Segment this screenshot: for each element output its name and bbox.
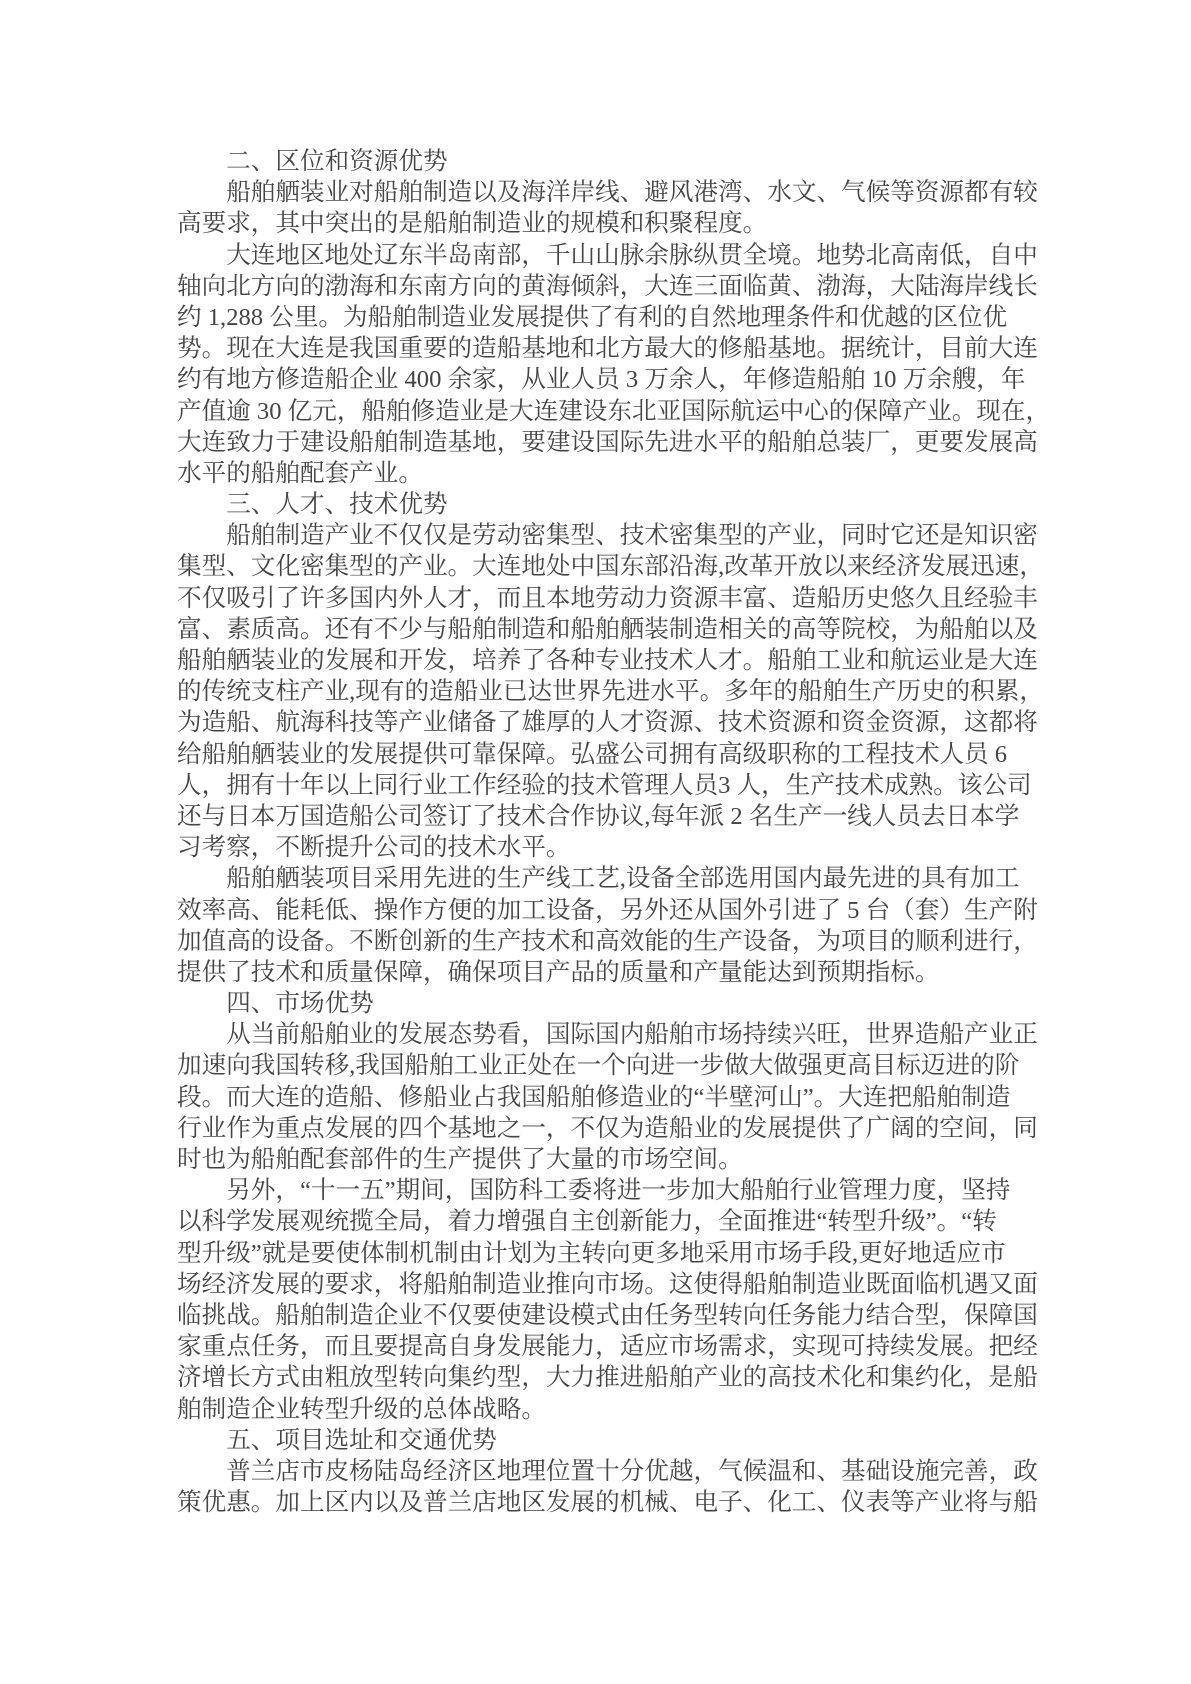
section-heading: 三、人才、技术优势 xyxy=(177,489,1017,520)
text-line: 产值逾 30 亿元，船舶修造业是大连建设东北亚国际航运中心的保障产业。现在， xyxy=(177,396,1017,427)
text-line: 场经济发展的要求，将船舶制造业推向市场。这使得船舶制造业既面临机遇又面 xyxy=(177,1269,1017,1300)
text-line: 给船舶舾装业的发展提供可靠保障。弘盛公司拥有高级职称的工程技术人员 6 xyxy=(177,739,1017,770)
text-line: 加速向我国转移,我国船舶工业正处在一个向进一步做大做强更高目标迈进的阶 xyxy=(177,1050,1017,1081)
text-line: 加值高的设备。不断创新的生产技术和高效能的生产设备，为项目的顺利进行， xyxy=(177,926,1017,957)
text-line: 船舶舾装项目采用先进的生产线工艺,设备全部选用国内最先进的具有加工 xyxy=(177,863,1017,894)
text-line: 还与日本万国造船公司签订了技术合作协议,每年派 2 名生产一线人员去日本学 xyxy=(177,801,1017,832)
section-heading: 五、项目选址和交通优势 xyxy=(177,1425,1017,1456)
text-line: 从当前船舶业的发展态势看，国际国内船舶市场持续兴旺，世界造船产业正 xyxy=(177,1019,1017,1050)
section-heading: 四、市场优势 xyxy=(177,988,1017,1019)
text-line: 船舶舾装业的发展和开发，培养了各种专业技术人才。船舶工业和航运业是大连 xyxy=(177,645,1017,676)
text-line: 时也为船舶配套部件的生产提供了大量的市场空间。 xyxy=(177,1144,1017,1175)
text-line: 家重点任务，而且要提高自身发展能力，适应市场需求，实现可持续发展。把经 xyxy=(177,1331,1017,1362)
text-line: 约 1,288 公里。为船舶制造业发展提供了有利的自然地理条件和优越的区位优 xyxy=(177,302,1017,333)
text-line: 效率高、能耗低、操作方便的加工设备，另外还从国外引进了 5 台（套）生产附 xyxy=(177,895,1017,926)
text-line: 济增长方式由粗放型转向集约型，大力推进船舶产业的高技术化和集约化，是船 xyxy=(177,1362,1017,1393)
text-line: 势。现在大连是我国重要的造船基地和北方最大的修船基地。据统计，目前大连 xyxy=(177,333,1017,364)
text-line: 以科学发展观统揽全局，着力增强自主创新能力，全面推进“转型升级”。“转 xyxy=(177,1206,1017,1237)
text-line: 船舶舾装业对船舶制造以及海洋岸线、避风港湾、水文、气候等资源都有较 xyxy=(177,177,1017,208)
text-line: 策优惠。加上区内以及普兰店地区发展的机械、电子、化工、仪表等产业将与船 xyxy=(177,1487,1017,1518)
text-line: 舶制造企业转型升级的总体战略。 xyxy=(177,1394,1017,1425)
text-line: 高要求，其中突出的是船舶制造业的规模和积聚程度。 xyxy=(177,208,1017,239)
text-line: 提供了技术和质量保障，确保项目产品的质量和产量能达到预期指标。 xyxy=(177,957,1017,988)
text-line: 轴向北方向的渤海和东南方向的黄海倾斜，大连三面临黄、渤海，大陆海岸线长 xyxy=(177,271,1017,302)
text-line: 大连致力于建设船舶制造基地，要建设国际先进水平的船舶总装厂，更要发展高 xyxy=(177,427,1017,458)
text-line: 人，拥有十年以上同行业工作经验的技术管理人员3 人，生产技术成熟。该公司 xyxy=(177,770,1017,801)
text-line: 行业作为重点发展的四个基地之一，不仅为造船业的发展提供了广阔的空间，同 xyxy=(177,1113,1017,1144)
text-line: 水平的船舶配套产业。 xyxy=(177,458,1017,489)
text-line: 船舶制造产业不仅仅是劳动密集型、技术密集型的产业，同时它还是知识密 xyxy=(177,520,1017,551)
text-line: 临挑战。船舶制造企业不仅要使建设模式由任务型转向任务能力结合型，保障国 xyxy=(177,1300,1017,1331)
text-line: 为造船、航海科技等产业储备了雄厚的人才资源、技术资源和资金资源，这都将 xyxy=(177,707,1017,738)
text-line: 习考察，不断提升公司的技术水平。 xyxy=(177,832,1017,863)
text-line: 段。而大连的造船、修船业占我国船舶修造业的“半壁河山”。大连把船舶制造 xyxy=(177,1082,1017,1113)
text-line: 不仅吸引了许多国内外人才，而且本地劳动力资源丰富、造船历史悠久且经验丰 xyxy=(177,583,1017,614)
text-line: 集型、文化密集型的产业。大连地处中国东部沿海,改革开放以来经济发展迅速， xyxy=(177,551,1017,582)
section-heading: 二、区位和资源优势 xyxy=(177,146,1017,177)
text-line: 另外，“十一五”期间，国防科工委将进一步加大船舶行业管理力度，坚持 xyxy=(177,1175,1017,1206)
text-line: 普兰店市皮杨陆岛经济区地理位置十分优越，气候温和、基础设施完善，政 xyxy=(177,1456,1017,1487)
document-page: 二、区位和资源优势船舶舾装业对船舶制造以及海洋岸线、避风港湾、水文、气候等资源都… xyxy=(0,0,1191,1684)
document-content: 二、区位和资源优势船舶舾装业对船舶制造以及海洋岸线、避风港湾、水文、气候等资源都… xyxy=(177,146,1017,1518)
text-line: 的传统支柱产业,现有的造船业已达世界先进水平。多年的船舶生产历史的积累， xyxy=(177,676,1017,707)
text-line: 约有地方修造船企业 400 余家，从业人员 3 万余人，年修造船舶 10 万余艘… xyxy=(177,364,1017,395)
text-line: 大连地区地处辽东半岛南部，千山山脉余脉纵贯全境。地势北高南低，自中 xyxy=(177,240,1017,271)
text-line: 富、素质高。还有不少与船舶制造和船舶舾装制造相关的高等院校，为船舶以及 xyxy=(177,614,1017,645)
text-line: 型升级”就是要使体制机制由计划为主转向更多地采用市场手段,更好地适应市 xyxy=(177,1238,1017,1269)
